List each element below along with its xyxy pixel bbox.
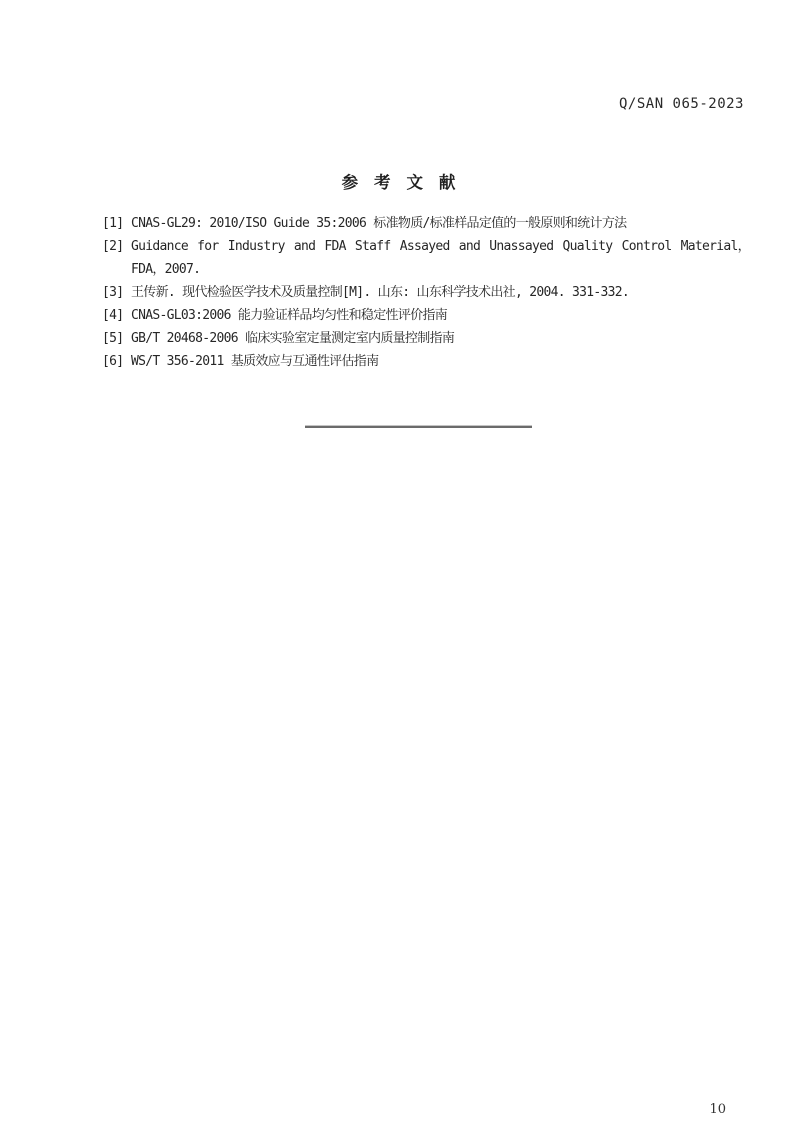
reference-word: Assayed: [400, 235, 450, 258]
reference-item: [5] GB/T 20468-2006 临床实验室定量测定室内质量控制指南: [102, 327, 750, 350]
document-page: Q/SAN 065-2023 参 考 文 献 [1] CNAS-GL29: 20…: [0, 0, 800, 1131]
reference-word: Guidance: [131, 235, 188, 258]
reference-word: for: [197, 235, 218, 258]
page-number: 10: [709, 1102, 726, 1117]
reference-word: and: [459, 235, 480, 258]
references-section-title: 参 考 文 献: [0, 169, 800, 193]
reference-item: [4] CNAS-GL03:2006 能力验证样品均匀性和稳定性评价指南: [102, 304, 750, 327]
reference-item: [3] 王传新. 现代检验医学技术及质量控制[M]. 山东: 山东科学技术出社,…: [102, 281, 750, 304]
reference-item: [1] CNAS-GL29: 2010/ISO Guide 35:2006 标准…: [102, 212, 750, 235]
references-list: [1] CNAS-GL29: 2010/ISO Guide 35:2006 标准…: [102, 212, 750, 373]
reference-word: Unassayed: [489, 235, 553, 258]
reference-text: GuidanceforIndustryandFDAStaffAssayedand…: [131, 235, 750, 281]
reference-number: [3]: [102, 281, 131, 304]
reference-word: Staff: [355, 235, 391, 258]
reference-number: [1]: [102, 212, 131, 235]
reference-item: [2] GuidanceforIndustryandFDAStaffAssaye…: [102, 235, 750, 281]
reference-line: CNAS-GL03:2006 能力验证样品均匀性和稳定性评价指南: [131, 304, 750, 327]
reference-word: and: [294, 235, 315, 258]
reference-text: CNAS-GL03:2006 能力验证样品均匀性和稳定性评价指南: [131, 304, 750, 327]
reference-word: FDA: [324, 235, 345, 258]
reference-line: 王传新. 现代检验医学技术及质量控制[M]. 山东: 山东科学技术出社, 200…: [131, 281, 750, 304]
reference-number: [6]: [102, 350, 131, 373]
reference-text: GB/T 20468-2006 临床实验室定量测定室内质量控制指南: [131, 327, 750, 350]
reference-line: FDA，2007.: [131, 258, 750, 281]
reference-text: 王传新. 现代检验医学技术及质量控制[M]. 山东: 山东科学技术出社, 200…: [131, 281, 750, 304]
reference-number: [5]: [102, 327, 131, 350]
standard-code-header: Q/SAN 065-2023: [619, 96, 744, 112]
reference-line: GB/T 20468-2006 临床实验室定量测定室内质量控制指南: [131, 327, 750, 350]
reference-item: [6] WS/T 356-2011 基质效应与互通性评估指南: [102, 350, 750, 373]
reference-number: [4]: [102, 304, 131, 327]
end-of-document-rule: [305, 426, 532, 428]
reference-word: Industry: [228, 235, 285, 258]
reference-line: GuidanceforIndustryandFDAStaffAssayedand…: [131, 235, 750, 258]
reference-text: WS/T 356-2011 基质效应与互通性评估指南: [131, 350, 750, 373]
reference-line: CNAS-GL29: 2010/ISO Guide 35:2006 标准物质/标…: [131, 212, 750, 235]
reference-number: [2]: [102, 235, 131, 258]
reference-word: Material，: [681, 235, 750, 258]
reference-word: Quality: [563, 235, 613, 258]
reference-text: CNAS-GL29: 2010/ISO Guide 35:2006 标准物质/标…: [131, 212, 750, 235]
reference-line: WS/T 356-2011 基质效应与互通性评估指南: [131, 350, 750, 373]
reference-word: Control: [622, 235, 672, 258]
